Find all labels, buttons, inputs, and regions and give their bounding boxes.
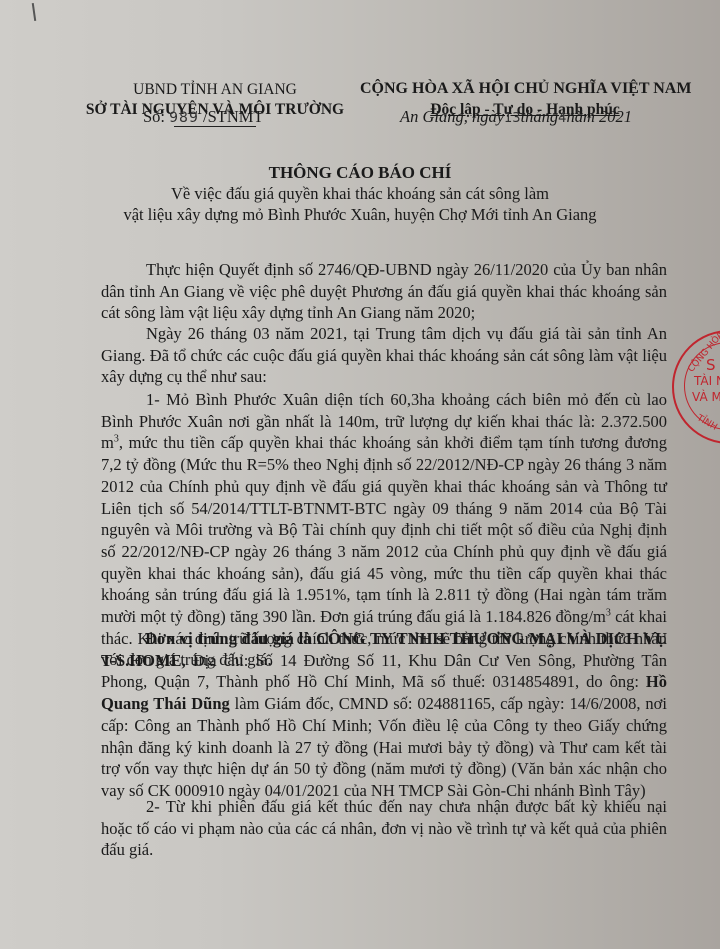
document-page: UBND TỈNH AN GIANG SỞ TÀI NGUYÊN VÀ MÔI … [0,0,720,949]
paragraph-winner: Đơn vị trúng đấu giá là CÔNG TY TNHH THƯ… [101,628,667,802]
official-red-stamp: CỘNG HÒA X.H S TÀI N VÀ MÔ TỈNH [672,330,720,444]
pen-mark [32,3,36,21]
country-name: CỘNG HÒA XÃ HỘI CHỦ NGHĨA VIỆT NAM [360,78,690,99]
paragraph-basis: Thực hiện Quyết định số 2746/QĐ-UBND ngà… [101,259,667,324]
paragraph-auction-date: Ngày 26 tháng 03 năm 2021, tại Trung tâm… [101,323,667,388]
document-subtitle-line2: vật liệu xây dựng mỏ Bình Phước Xuân, hu… [0,205,720,225]
document-subtitle-line1: Về việc đấu giá quyền khai thác khoáng s… [0,184,720,204]
document-date: An Giang, ngày13tháng4năm 2021 [400,107,632,127]
paragraph-no-complaints: 2- Từ khi phiên đấu giá kết thúc đến nay… [101,796,667,861]
agency-parent: UBND TỈNH AN GIANG [80,80,350,100]
handwritten-number: 989 [169,110,199,126]
handwritten-day: 13 [504,111,521,126]
document-title: THÔNG CÁO BÁO CHÍ [0,163,720,183]
document-number: Số: 989 /STNMT [143,107,264,127]
